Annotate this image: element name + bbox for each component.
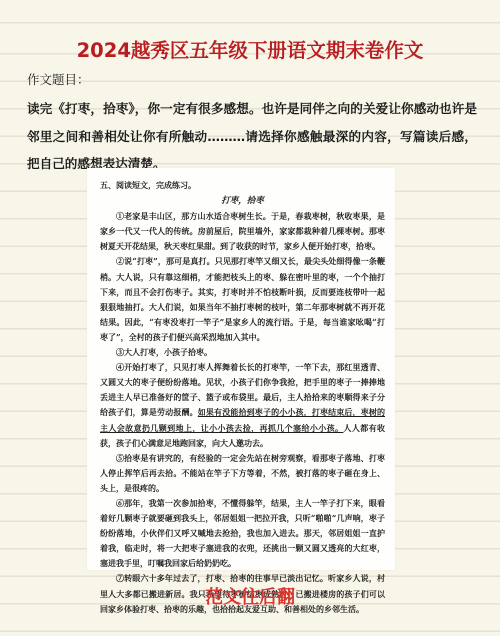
prompt-label: 作文题目： (27, 70, 90, 88)
page-title: 2024越秀区五年级下册语文期末卷作文 (0, 35, 500, 63)
passage-paragraph-6: ⑥那年，我第一次参加拾枣，不懂得躲竿，结果，主人一竿子打下来，眼看着好几颗枣子就… (100, 496, 385, 571)
passage-paragraph-4: ④开始打枣了，只见打枣人挥舞着长长的打枣竿，一竿下去，那红里透青、又圆又大的枣子… (100, 360, 385, 451)
prompt-text: 读完《打枣，拾枣》，你一定有很多感想。也许是同伴之向的关爱让你感动也许是邻里之间… (27, 95, 477, 178)
passage-scan-image: 五、阅读短文，完成练习。 打枣，拾枣 ①老家是丰山区，那方山水适合枣树生长。于是… (87, 168, 395, 570)
passage-paragraph-5: ⑤拾枣是有讲究的，有经验的一定会先站在树旁观察，看那枣子落地、打枣人停止挥竿后再… (100, 451, 385, 496)
section-heading: 五、阅读短文，完成练习。 (100, 178, 385, 193)
passage-paragraph-3: ③大人打枣，小孩子拾枣。 (100, 345, 385, 360)
passage-paragraph-2: ②说“打枣”，那可是真打。只见那打枣竿又细又长，最尖头处细得像一条鞭梢。大人说，… (100, 254, 385, 345)
passage-title: 打枣，拾枣 (100, 194, 385, 209)
passage-paragraph-1: ①老家是丰山区，那方山水适合枣树生长。于是，春栽枣树，秋收枣果，是家乡一代又一代… (100, 209, 385, 254)
footer-note: 范文往后翻 (0, 583, 500, 609)
